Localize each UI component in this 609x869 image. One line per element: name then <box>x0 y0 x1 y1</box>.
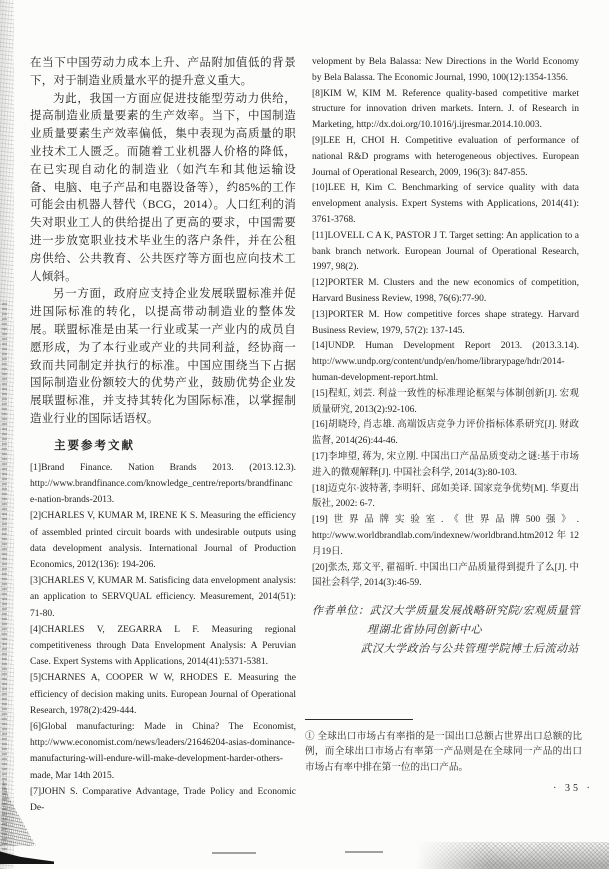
reference-item: [12]PORTER M. Clusters and the new econo… <box>312 276 579 308</box>
reference-item: [6]Global manufacturing: Made in China? … <box>30 719 296 784</box>
reference-item: [8]KIM W, KIM M. Reference quality-based… <box>312 87 579 134</box>
author-affiliation-line: 作者单位：武汉大学质量发展战略研究院/宏观质量管 <box>312 602 579 621</box>
reference-item: [13]PORTER M. How competitive forces sha… <box>312 308 579 340</box>
author-affiliation-line: 理湖北省协同创新中心 <box>312 621 579 640</box>
reference-item: [4]CHARLES V, ZEGARRA L F. Measuring reg… <box>30 622 296 671</box>
reference-item: [7]JOHN S. Comparative Advantage, Trade … <box>30 784 296 816</box>
body-paragraph: 另一方面，政府应支持企业发展联盟标准并促进国际标准的转化，以提高带动制造业的整体… <box>30 286 296 428</box>
reference-item: [17]李坤望, 蒋为, 宋立刚. 中国出口产品品质变动之谜:基于市场进入的微观… <box>312 450 579 482</box>
reference-item: [10]LEE H, Kim C. Benchmarking of servic… <box>312 181 579 228</box>
footnote-divider <box>305 719 413 720</box>
reference-item: [9]LEE H, CHOI H. Competitive evaluation… <box>312 134 579 181</box>
reference-item: [5]CHARNES A, COOPER W W, RHODES E. Meas… <box>30 670 296 719</box>
references-heading: 主要参考文献 <box>30 437 296 453</box>
reference-item-continuation: velopment by Bela Balassa: New Direction… <box>312 55 579 87</box>
reference-item: [11]LOVELL C A K, PASTOR J T. Target set… <box>312 229 579 276</box>
page-number: · 35 · <box>538 783 608 794</box>
footnote: ① 全球出口市场占有率指的是一国出口总额占世界出口总额的比例，而全球出口市场占有… <box>305 719 582 775</box>
body-paragraph: 在当下中国劳动力成本上升、产品附加值低的背景下，对于制造业质量水平的提升意义重大… <box>30 55 296 91</box>
reference-item: [18]迈克尔·波特著, 李明轩、邱如美译. 国家竞争优势[M]. 华夏出版社,… <box>312 482 579 514</box>
scan-artifact-bottom-right-band <box>416 842 609 869</box>
author-affiliation: 作者单位：武汉大学质量发展战略研究院/宏观质量管 理湖北省协同创新中心 武汉大学… <box>312 602 579 659</box>
scan-artifact-dash <box>345 851 383 853</box>
reference-item: [15]程虹, 刘芸. 利益一致性的标准理论框架与体制创新[J]. 宏观质量研究… <box>312 387 579 419</box>
right-column: velopment by Bela Balassa: New Direction… <box>312 55 579 659</box>
footnote-text: ① 全球出口市场占有率指的是一国出口总额占世界出口总额的比例，而全球出口市场占有… <box>305 729 582 775</box>
reference-item: [20]张杰, 郑文平, 翟福昕. 中国出口产品质量得到提升了么[J]. 中国社… <box>312 561 579 593</box>
scan-artifact-left-edge-core <box>2 300 7 855</box>
reference-item: [1]Brand Finance. Nation Brands 2013. (2… <box>30 460 296 509</box>
left-column: 在当下中国劳动力成本上升、产品附加值低的背景下，对于制造业质量水平的提升意义重大… <box>30 55 296 816</box>
scanned-document-page: 在当下中国劳动力成本上升、产品附加值低的背景下，对于制造业质量水平的提升意义重大… <box>0 0 609 869</box>
reference-item: [16]胡晓玲, 肖志雄. 高端饭店竞争力评价指标体系研究[J]. 财政监督, … <box>312 418 579 450</box>
scan-artifact-dash <box>212 852 256 854</box>
reference-item: [2]CHARLES V, KUMAR M, IRENE K S. Measur… <box>30 508 296 573</box>
reference-item: [14]UNDP. Human Development Report 2013.… <box>312 339 579 386</box>
reference-item: [3]CHARLES V, KUMAR M. Satisficing data … <box>30 573 296 622</box>
reference-item: [19]世界品牌实验室.《世界品牌500强》. http://www.world… <box>312 513 579 560</box>
author-affiliation-line: 武汉大学政治与公共管理学院博士后流动站 <box>312 640 579 659</box>
body-paragraph: 为此，我国一方面应促进技能型劳动力供给，提高制造业质量要素的生产效率。当下，中国… <box>30 91 296 287</box>
